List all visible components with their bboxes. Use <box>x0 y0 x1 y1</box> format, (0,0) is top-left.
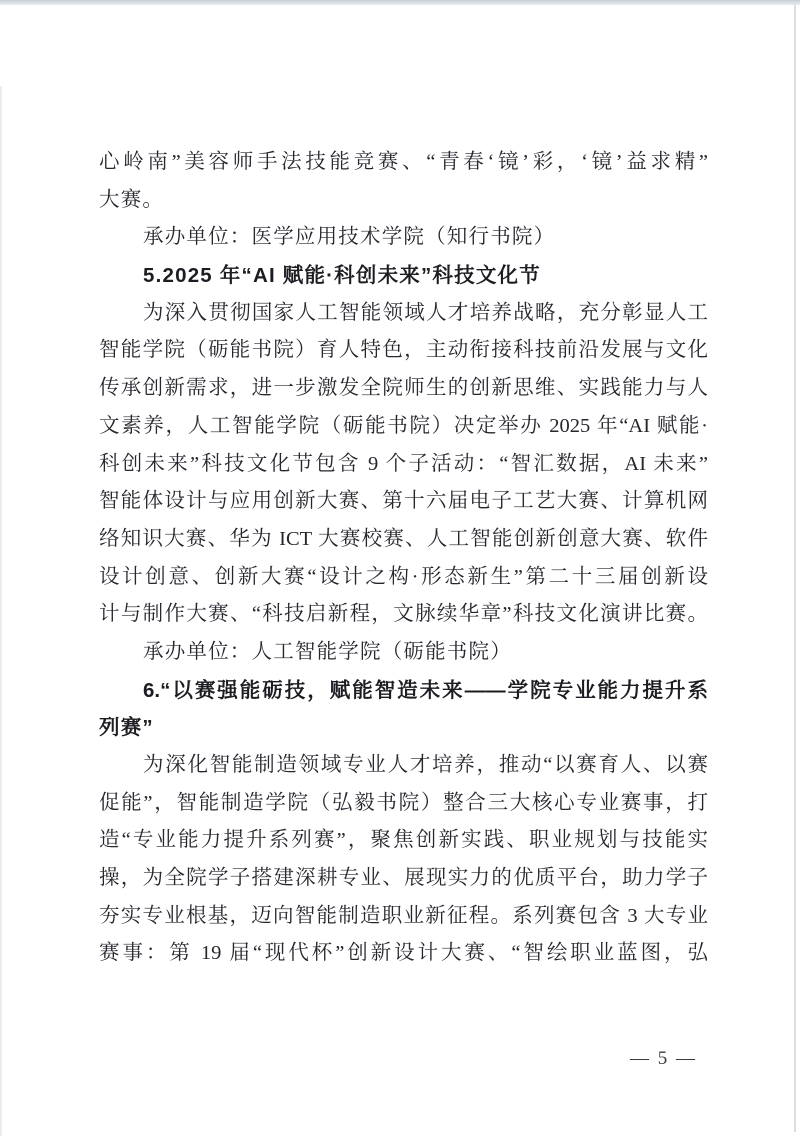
heading-line: 列赛” <box>99 709 708 747</box>
text-line: 大赛。 <box>99 182 708 220</box>
scan-edge-top <box>0 0 800 5</box>
text-line: 为深入贯彻国家人工智能领域人才培养战略，充分彰显人工 <box>99 295 708 333</box>
text-line: 造“专业能力提升系列赛”，聚焦创新实践、职业规划与技能实 <box>99 822 708 860</box>
text-line: 文素养，人工智能学院（砺能书院）决定举办 2025 年“AI 赋能· <box>99 408 708 446</box>
text-line: 心岭南”美容师手法技能竞赛、“青春‘镜’彩，‘镜’益求精” <box>99 144 708 182</box>
scan-edge-right <box>794 4 796 1132</box>
text-line: 智能体设计与应用创新大赛、第十六届电子工艺大赛、计算机网 <box>99 483 708 521</box>
heading-line: 5.2025 年“AI 赋能·科创未来”科技文化节 <box>99 257 708 295</box>
text-line: 夯实专业根基，迈向智能制造职业新征程。系列赛包含 3 大专业 <box>99 898 708 936</box>
text-line: 计与制作大赛、“科技启新程，文脉续华章”科技文化演讲比赛。 <box>99 596 708 634</box>
text-line: 承办单位：人工智能学院（砺能书院） <box>99 634 708 672</box>
text-line: 络知识大赛、华为 ICT 大赛校赛、人工智能创新创意大赛、软件 <box>99 521 708 559</box>
document-body: 心岭南”美容师手法技能竞赛、“青春‘镜’彩，‘镜’益求精”大赛。承办单位：医学应… <box>99 144 708 973</box>
heading-line: 6.“以赛强能砺技，赋能智造未来——学院专业能力提升系 <box>99 672 708 710</box>
text-line: 科创未来”科技文化节包含 9 个子活动：“智汇数据，AI 未来” <box>99 446 708 484</box>
page-number: — 5 — <box>0 1048 697 1070</box>
text-line: 赛事：第 19 届“现代杯”创新设计大赛、“智绘职业蓝图，弘 <box>99 935 708 973</box>
text-line: 智能学院（砺能书院）育人特色，主动衔接科技前沿发展与文化 <box>99 332 708 370</box>
text-line: 促能”，智能制造学院（弘毅书院）整合三大核心专业赛事，打 <box>99 785 708 823</box>
text-line: 承办单位：医学应用技术学院（知行书院） <box>99 219 708 257</box>
text-line: 设计创意、创新大赛“设计之构·形态新生”第二十三届创新设 <box>99 559 708 597</box>
text-line: 操，为全院学子搭建深耕专业、展现实力的优质平台，助力学子 <box>99 860 708 898</box>
text-line: 传承创新需求，进一步激发全院师生的创新思维、实践能力与人 <box>99 370 708 408</box>
scanned-document-page: { "page": { "footer": "— 5 —", "page_num… <box>0 0 800 1136</box>
scan-edge-left <box>0 86 2 1136</box>
text-line: 为深化智能制造领域专业人才培养，推动“以赛育人、以赛 <box>99 747 708 785</box>
